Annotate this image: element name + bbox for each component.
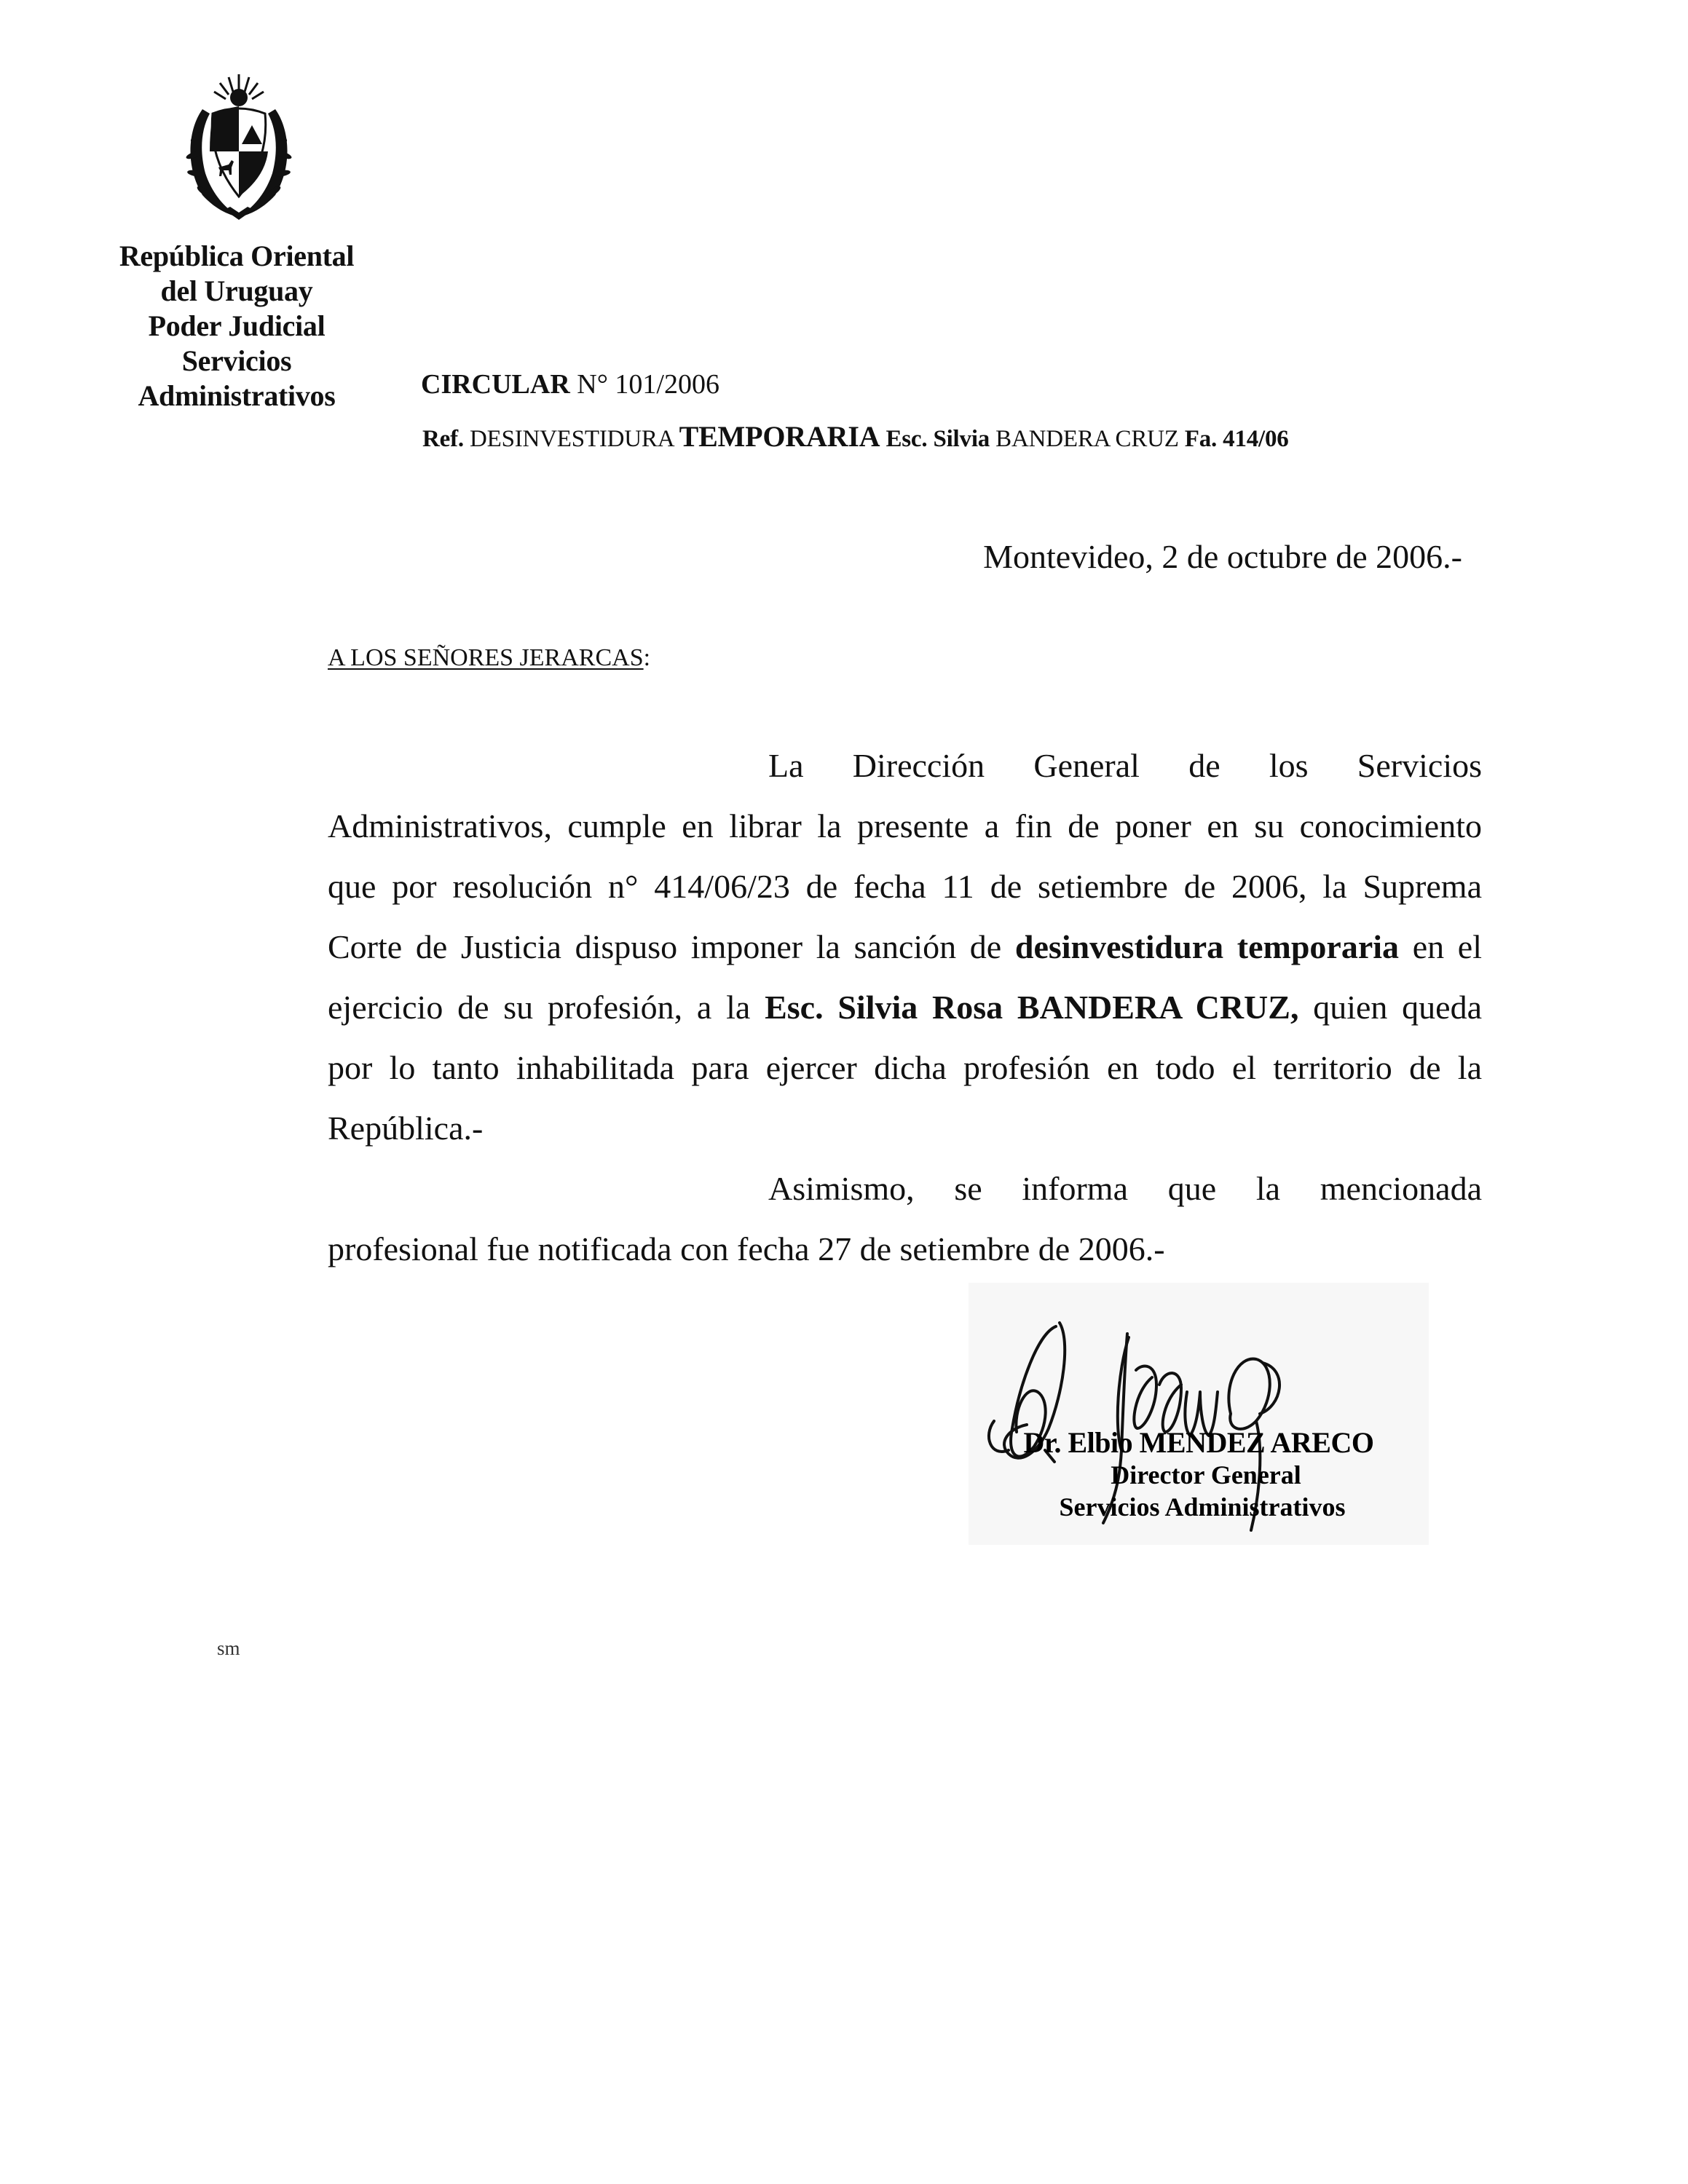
body-text: quien queda [1298, 989, 1482, 1026]
reference-prefix: Ref. [422, 426, 464, 452]
letterhead-line: Poder Judicial [102, 309, 371, 344]
body-text: en el [1399, 928, 1482, 965]
notary-name-emphasis: Esc. Silvia Rosa BANDERA CRUZ, [765, 989, 1298, 1026]
circular-label: CIRCULAR [421, 369, 570, 400]
reference-file-number: Fa. 414/06 [1185, 426, 1289, 452]
signatory-name: Dr. Elbio MENDEZ ARECO [969, 1427, 1429, 1459]
date-line: Montevideo, 2 de octubre de 2006.- [983, 537, 1462, 577]
body-line: que por resolución n° 414/06/23 de fecha… [328, 866, 1482, 907]
reference-line: Ref. DESINVESTIDURA TEMPORARIA Esc. Silv… [422, 420, 1289, 456]
letterhead: República Oriental del Uruguay Poder Jud… [102, 239, 371, 414]
circular-title: CIRCULAR N° 101/2006 [421, 368, 719, 401]
signatory-department: Servicios Administrativos [969, 1491, 1429, 1523]
salutation-colon: : [644, 644, 650, 671]
body-line: Corte de Justicia dispuso imponer la san… [328, 927, 1482, 968]
circular-number: N° 101/2006 [577, 369, 719, 400]
reference-subject-1: DESINVESTIDURA [470, 426, 674, 452]
letterhead-line: del Uruguay [102, 274, 371, 309]
body-line: Asimismo, se informa que la mencionada [768, 1168, 1482, 1209]
body-line: República.- [328, 1108, 1482, 1149]
body-line: por lo tanto inhabilitada para ejercer d… [328, 1048, 1482, 1088]
reference-person-title: Esc. Silvia [886, 426, 990, 452]
salutation: A LOS SEÑORES JERARCAS: [328, 642, 650, 674]
letterhead-line: Administrativos [102, 379, 371, 414]
reference-subject-2: TEMPORARIA [679, 420, 880, 453]
typist-initials: sm [217, 1637, 240, 1660]
letterhead-line: República Oriental [102, 239, 371, 274]
body-line: profesional fue notificada con fecha 27 … [328, 1229, 1482, 1270]
signatory-role: Director General [969, 1459, 1429, 1491]
reference-person-surname: BANDERA CRUZ [995, 426, 1179, 452]
body-line: Administrativos, cumple en librar la pre… [328, 806, 1482, 847]
coat-of-arms-icon [181, 71, 297, 221]
sanction-emphasis: desinvestidura temporaria [1015, 928, 1399, 965]
body-text: Corte de Justicia dispuso imponer la san… [328, 928, 1015, 965]
body-line: ejercicio de su profesión, a la Esc. Sil… [328, 987, 1482, 1028]
body-text: ejercicio de su profesión, a la [328, 989, 765, 1026]
body-line: La Dirección General de los Servicios [768, 745, 1482, 786]
signatory-block: Dr. Elbio MENDEZ ARECO Director General … [969, 1427, 1429, 1523]
letterhead-line: Servicios [102, 344, 371, 379]
salutation-text: A LOS SEÑORES JERARCAS [328, 644, 644, 671]
